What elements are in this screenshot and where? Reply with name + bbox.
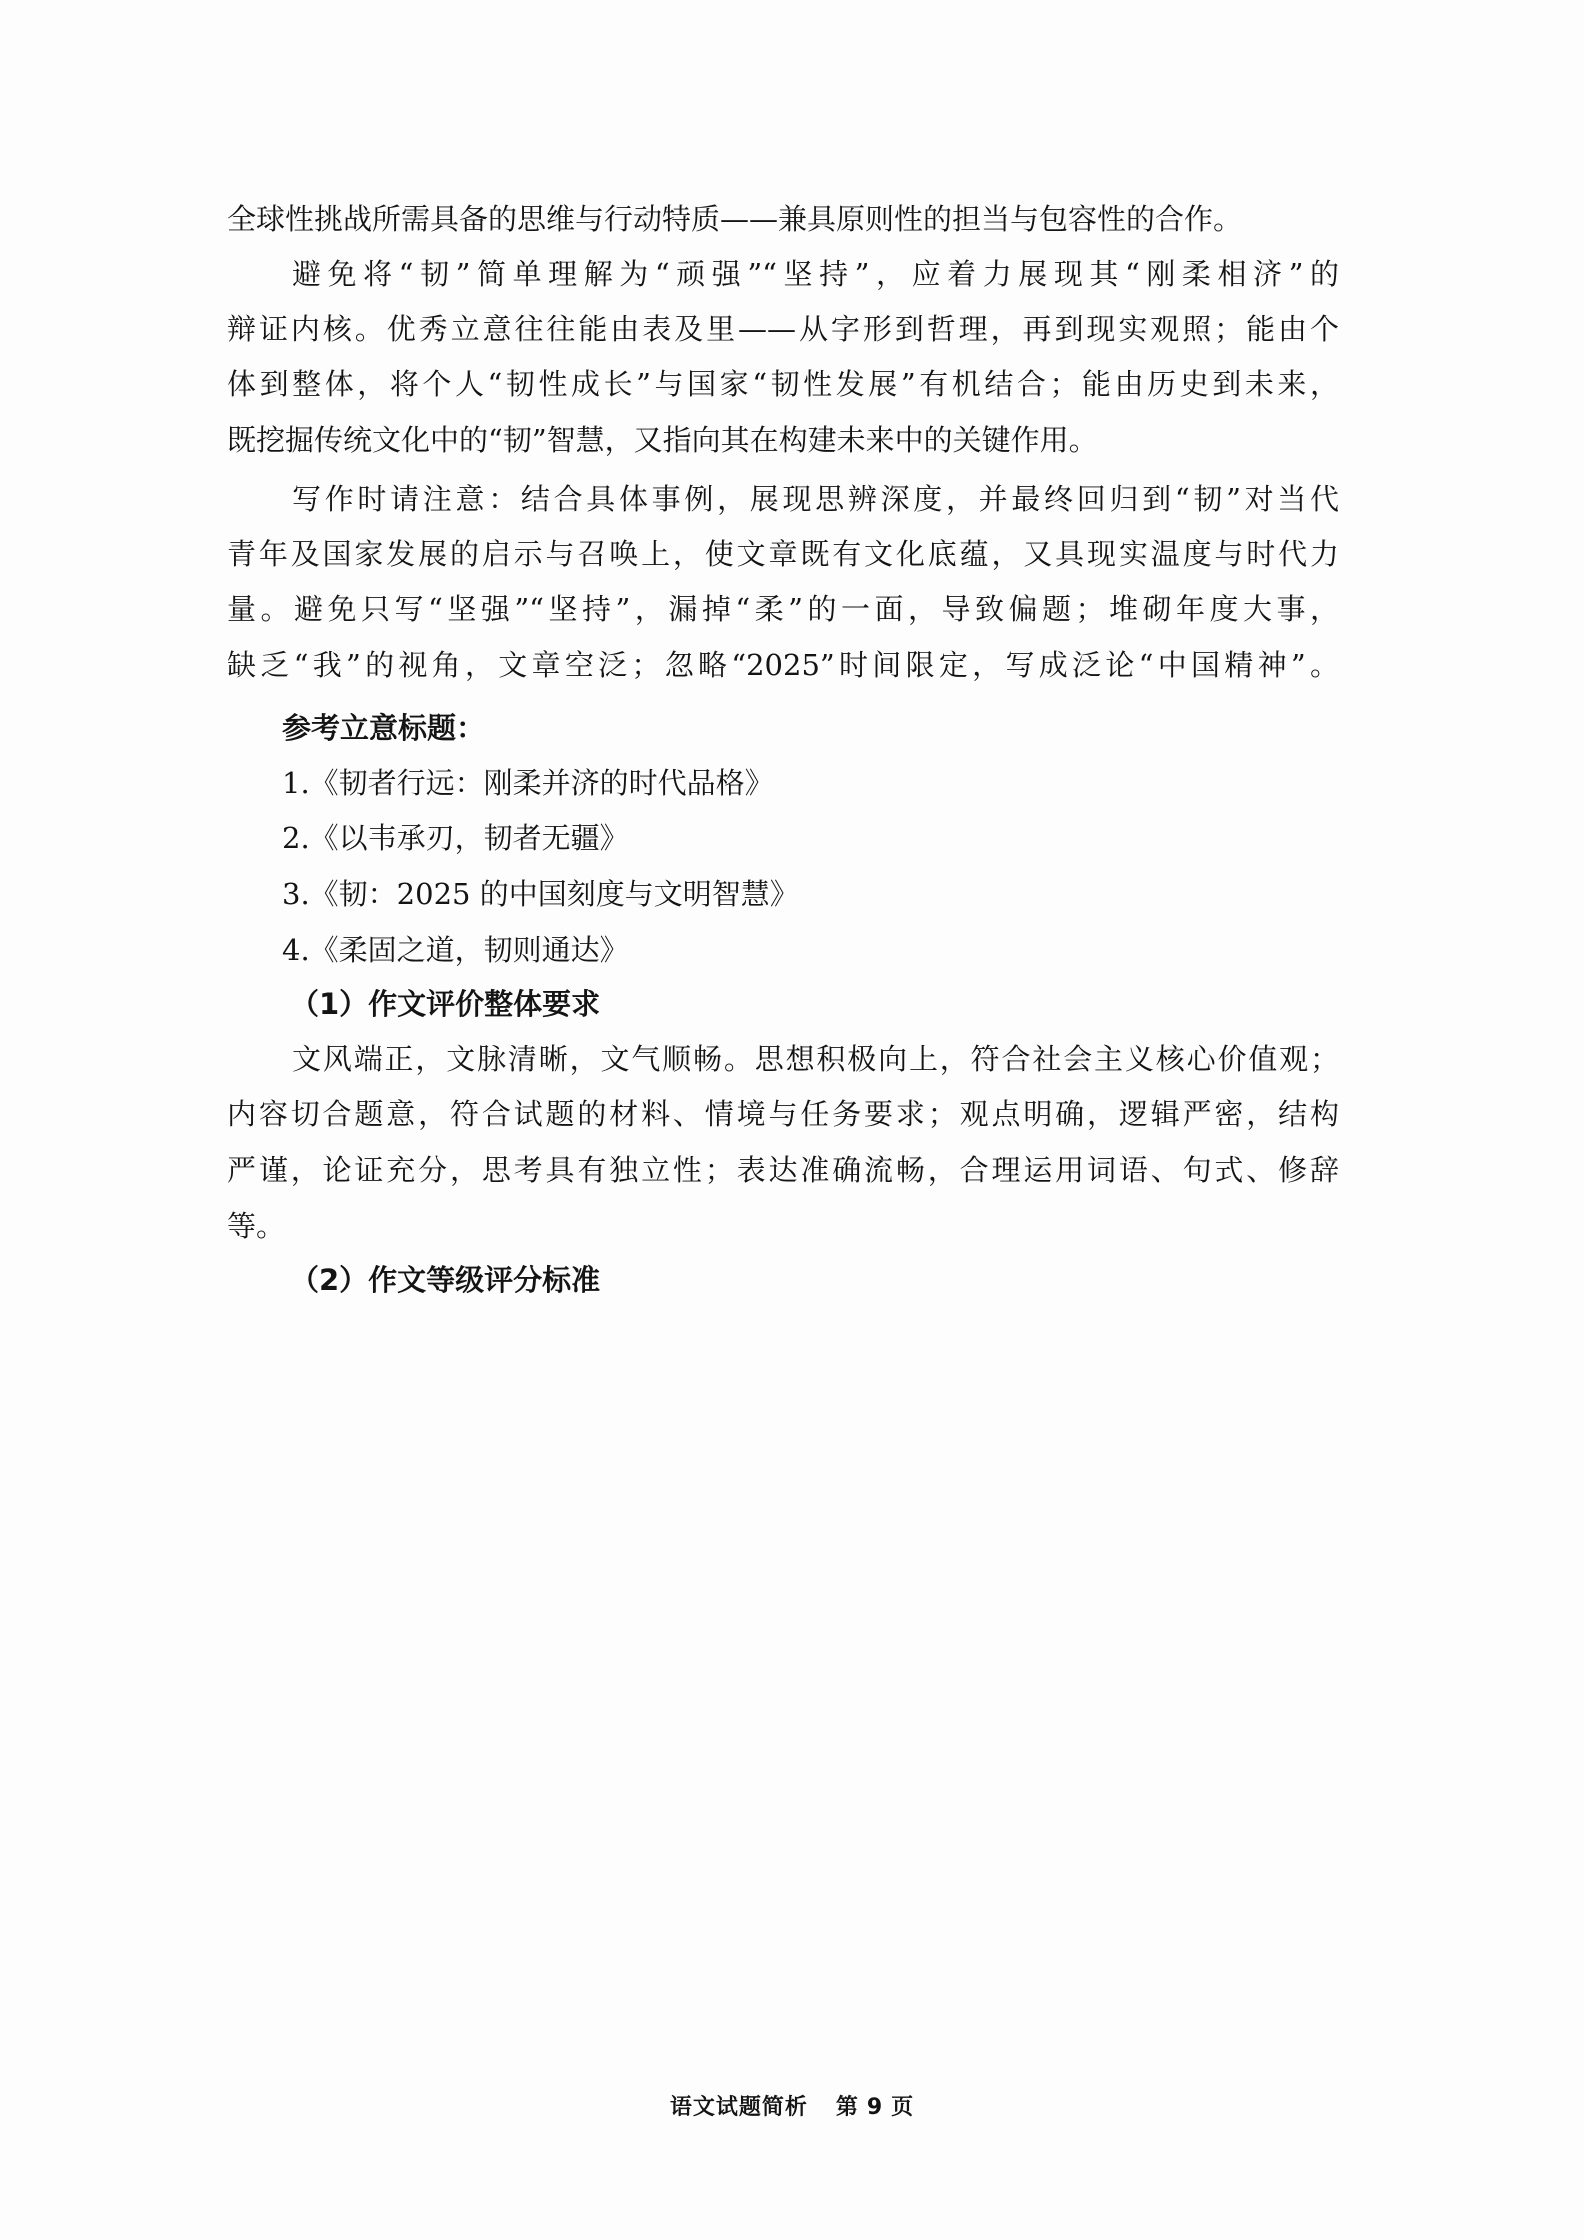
paragraph-line: 辩证内核。优秀立意往往能由表及里——从字形到哲理，再到现实观照；能由个	[227, 309, 1339, 349]
reference-title-item: 4.《柔固之道，韧则通达》	[282, 930, 629, 970]
reference-title-item: 2.《以韦承刃，韧者无疆》	[282, 818, 629, 858]
paragraph-line: 青年及国家发展的启示与召唤上，使文章既有文化底蕴，又具现实温度与时代力	[227, 534, 1339, 574]
footer-page-number: 9	[867, 2095, 883, 2120]
paragraph-line: 文风端正，文脉清晰，文气顺畅。思想积极向上，符合社会主义核心价值观；	[292, 1039, 1339, 1079]
paragraph-line: 避免将“韧”简单理解为“顽强”“坚持”，应着力展现其“刚柔相济”的	[292, 254, 1339, 294]
paragraph-line: 严谨，论证充分，思考具有独立性；表达准确流畅，合理运用词语、句式、修辞	[227, 1150, 1339, 1190]
paragraph-line: 量。避免只写“坚强”“坚持”，漏掉“柔”的一面，导致偏题；堆砌年度大事，	[227, 589, 1339, 629]
paragraph-line: 缺乏“我”的视角，文章空泛；忽略“2025”时间限定，写成泛论“中国精神”。	[227, 645, 1339, 685]
paragraph-line: 内容切合题意，符合试题的材料、情境与任务要求；观点明确，逻辑严密，结构	[227, 1094, 1339, 1134]
paragraph-line: 写作时请注意：结合具体事例，展现思辨深度，并最终回归到“韧”对当代	[292, 479, 1339, 519]
paragraph-line: 全球性挑战所需具备的思维与行动特质——兼具原则性的担当与包容性的合作。	[227, 199, 1242, 239]
reference-title-item: 1.《韧者行远：刚柔并济的时代品格》	[282, 763, 774, 803]
reference-titles-heading: 参考立意标题：	[282, 708, 485, 748]
footer-page-suffix: 页	[891, 2090, 914, 2121]
paragraph-line: 等。	[227, 1206, 285, 1246]
paragraph-line: 既挖掘传统文化中的“韧”智慧，又指向其在构建未来中的关键作用。	[227, 420, 1098, 460]
section-2-heading: （2）作文等级评分标准	[290, 1260, 600, 1300]
document-page: 全球性挑战所需具备的思维与行动特质——兼具原则性的担当与包容性的合作。 避免将“…	[0, 0, 1584, 2240]
page-footer: 语文试题简析第9页	[0, 2090, 1584, 2121]
reference-title-item: 3.《韧：2025 的中国刻度与文明智慧》	[282, 874, 799, 914]
footer-title: 语文试题简析	[670, 2090, 808, 2121]
paragraph-line: 体到整体，将个人“韧性成长”与国家“韧性发展”有机结合；能由历史到未来，	[227, 364, 1339, 404]
section-1-heading: （1）作文评价整体要求	[290, 984, 600, 1024]
footer-page-prefix: 第	[836, 2090, 859, 2121]
